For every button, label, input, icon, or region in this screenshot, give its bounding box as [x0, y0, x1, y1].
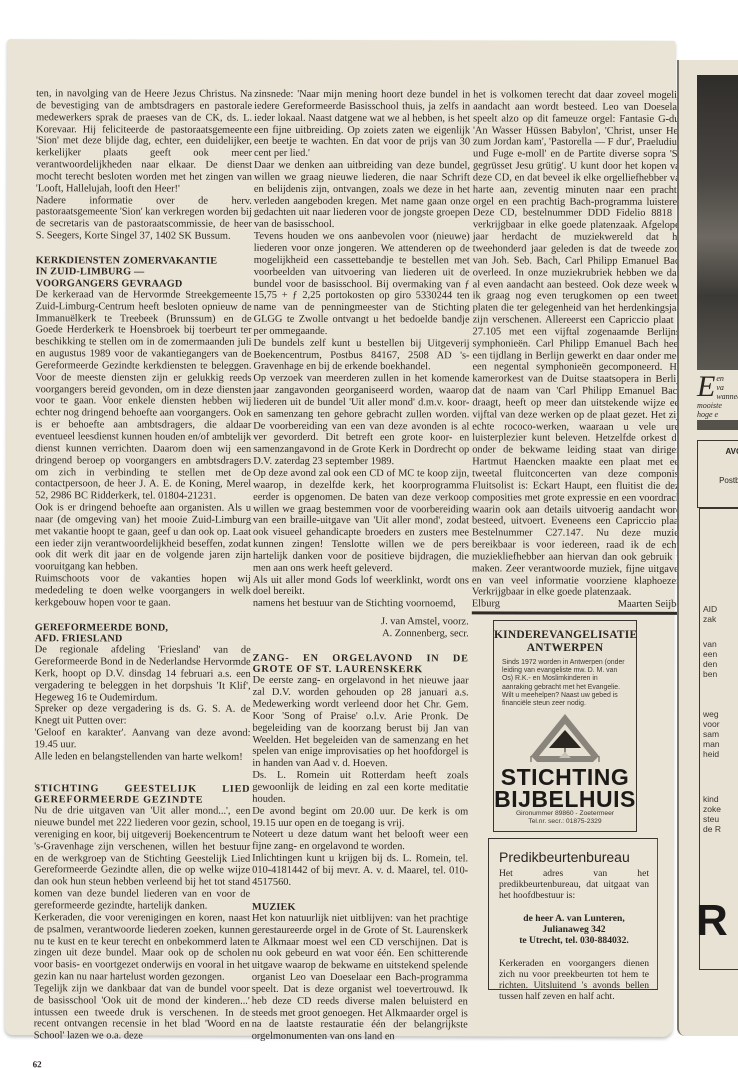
paragraph: Op deze avond zal ook een CD of MC te ko… — [253, 468, 469, 575]
paragraph: Kerkeraden, die voor verenigingen en kor… — [34, 912, 250, 984]
paragraph: 'Geloof en karakter'. Aanvang van deze a… — [34, 727, 250, 751]
notice-intro: Het adres van het predikbeurtenbureau, d… — [489, 868, 657, 901]
byline-author: Maarten Seijbel — [618, 599, 684, 611]
byline-place: Elburg — [472, 599, 500, 611]
paragraph: Het kon natuurlijk niet uitblijven: van … — [252, 913, 468, 1044]
paragraph: Spreker op deze vergadering is ds. G. S.… — [35, 704, 251, 728]
facing-page: E en va wannee mooiste hoge e kwalitei A… — [677, 60, 738, 1036]
photo — [697, 75, 738, 370]
article-heading: KERKDIENSTEN ZOMERVAKANTIE IN ZUID-LIMBU… — [36, 255, 252, 289]
paragraph: Nu de drie uitgaven van 'Uit aller mond.… — [34, 805, 250, 912]
notice-title: Predikbeurtenbureau — [499, 849, 657, 865]
paragraph: Alle leden en belangstellenden van harte… — [34, 751, 250, 763]
text-fragment: kind zoke steu de R — [703, 794, 721, 834]
paragraph: het is volkomen terecht dat daar zoveel … — [472, 89, 685, 599]
advertisement-kinderevangelisatie: KINDEREVANGELISATIE ANTWERPEN Sinds 1972… — [493, 620, 637, 832]
page-number: 62 — [33, 1059, 42, 1068]
paragraph: De regionale afdeling 'Friesland' van de… — [35, 644, 251, 704]
text-fragment: van een den ben — [703, 639, 717, 679]
article-heading: GEREFORMEERDE BOND, AFD. FRIESLAND — [35, 622, 251, 645]
facing-box-1: AVON De Postbus Te — [697, 440, 738, 508]
article-heading: ZANG- EN ORGELAVOND IN DE GROTE OF ST. L… — [253, 653, 469, 676]
ad-body: Sinds 1972 worden in Antwerpen (onder le… — [494, 655, 636, 708]
paragraph: Inlichtingen kunt u krijgen bij ds. L. R… — [252, 853, 468, 889]
paragraph: De bundels zelf kunt u bestellen bij Uit… — [253, 337, 469, 373]
paragraph: Op verzoek van meerderen zullen in het k… — [253, 373, 469, 468]
paragraph: Als uit aller mond Gods lof weerklinkt, … — [253, 574, 469, 598]
column-3: het is volkomen terecht dat daar zoveel … — [472, 89, 685, 615]
article-heading: MUZIEK — [252, 901, 468, 913]
notice-note: Kerkeraden en voorgangers dienen zich nu… — [489, 958, 657, 1002]
divider-bar — [697, 420, 738, 430]
byline: Elburg Maarten Seijbel — [472, 599, 684, 615]
tent-house-logo-icon — [527, 712, 603, 766]
article-heading: STICHTING GEESTELIJK LIED GEREFORMEERDE … — [34, 783, 250, 806]
ad-title: KINDEREVANGELISATIE ANTWERPEN — [494, 629, 636, 655]
signature: A. Zonnenberg, secr. — [253, 628, 469, 640]
column-1: ten, in navolging van de Heere Jezus Chr… — [34, 88, 252, 1043]
paragraph: Daar we denken aan uitbreiding van deze … — [254, 160, 470, 232]
paragraph: zinsnede: 'Naar mijn mening hoort deze b… — [254, 89, 470, 161]
notice-predikbeurtenbureau: Predikbeurtenbureau Het adres van het pr… — [488, 838, 658, 990]
text-fragment: weg voor sam man heid — [703, 709, 720, 759]
paragraph: Ds. L. Romein uit Rotterdam heeft zoals … — [252, 770, 468, 806]
text-fragment: AID zak — [703, 604, 717, 624]
signature-block: J. van Amstel, voorz. A. Zonnenberg, sec… — [253, 616, 469, 640]
paragraph: Tegelijk zijn we dankbaar dat van de bun… — [34, 983, 250, 1043]
paragraph: De eerste zang- en orgelavond in het nie… — [252, 675, 468, 770]
paragraph: ten, in navolging van de Heere Jezus Chr… — [36, 88, 252, 195]
ad-phone: Tel.nr. secr.: 01875-2329 — [494, 818, 636, 826]
paragraph: Ruimschoots voor de vakanties hopen wij … — [35, 573, 251, 609]
paragraph: Nadere informatie over de herv. pastoraa… — [36, 195, 252, 243]
facing-box-2: AID zak van een den ben weg voor sam man… — [699, 508, 738, 970]
column-2: zinsnede: 'Naar mijn mening hoort deze b… — [252, 89, 470, 1044]
paragraph: Noteert u deze datum want het belooft we… — [252, 829, 468, 853]
large-letter: R — [696, 899, 728, 943]
org-name: STICHTING BIJBELHUIS — [494, 766, 636, 810]
paragraph: De avond begint om 20.00 uur. De kerk is… — [252, 805, 468, 829]
signature: J. van Amstel, voorz. — [253, 616, 469, 628]
notice-address: de heer A. van Lunteren, Julianaweg 342 … — [489, 913, 657, 946]
paragraph: De kerkeraad van de Hervormde Streekgeme… — [35, 289, 252, 503]
paragraph: namens het bestuur van de Stichting voor… — [253, 598, 469, 610]
paragraph: Ook is er dringend behoefte aan organist… — [35, 502, 251, 574]
paragraph: Tevens houden we ons aanbevolen voor (ni… — [254, 231, 470, 338]
